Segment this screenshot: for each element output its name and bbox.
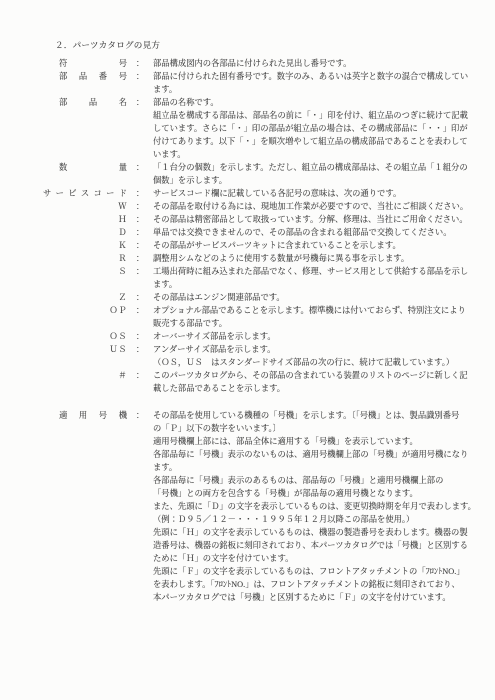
term-label: 部品番号: [59, 70, 127, 83]
text-line: 各部品毎に「号機」表示のないものは、適用号機欄上部の「号機」が適用号機になり: [153, 448, 495, 461]
text-line: 先頭に「Ｆ」の文字を表示しているものは、フロントアタッチメントの「ﾌﾛﾝﾄNO.…: [153, 565, 495, 578]
text-line: ます。: [153, 461, 495, 474]
colon-separator: ：: [127, 252, 153, 265]
colon-separator: ：: [127, 239, 153, 252]
service-code-label: Ｈ: [59, 213, 127, 226]
definition-text: その部品はエンジン関連部品です。: [153, 291, 495, 304]
text-line: しています。さらに「・」印の部品が組立品の場合は、その構成部品に「・・」印が: [153, 122, 495, 135]
scanned-page: ２．パーツカタログの見方 符号：部品構成図内の各部品に付けられた見出し番号です。…: [0, 0, 495, 700]
page-content: ２．パーツカタログの見方 符号：部品構成図内の各部品に付けられた見出し番号です。…: [0, 0, 495, 604]
definition-text: 工場出荷時に組み込まれた部品でなく、修理、サービス用として供給する部品を示します…: [153, 265, 495, 291]
service-code-row: Ｋ：その部品がサービスパーツキットに含まれていることを示します。: [0, 239, 495, 252]
text-line: （ＯＳ，ＵＳ はスタンダードサイズ部品の次の行に、続けて記載しています。）: [153, 356, 495, 369]
service-code-label: Ｄ: [59, 226, 127, 239]
text-line: 適用号機欄上部には、部品全体に適用する「号機」を表示しています。: [153, 435, 495, 448]
colon-separator: ：: [127, 213, 153, 226]
definition-text: その部品を取付ける為には、現地加工作業が必要ですので、当社にご相談ください。: [153, 200, 495, 213]
colon-separator: ：: [127, 161, 153, 174]
text-line: また、先頭に「Ｄ」の文字を表示しているものは、変更切換時期を年月で表わします。: [153, 500, 495, 513]
colon-separator: ：: [127, 330, 153, 343]
definition-row: 符号：部品構成図内の各部品に付けられた見出し番号です。: [0, 57, 495, 70]
text-line: 「１台分の個数」を示します。ただし、組立品の構成部品は、その組立品「１組分の: [153, 161, 495, 174]
definition-text: 部品構成図内の各部品に付けられた見出し番号です。: [153, 57, 495, 70]
text-line: オーバーサイズ部品を示します。: [153, 330, 495, 343]
service-code-row: ＯＰ：オプショナル部品であることを示します。標準機には付いておらず、特別注文によ…: [0, 304, 495, 330]
service-code-label: ＯＳ: [59, 330, 127, 343]
text-line: 先頭に「Ｈ」の文字を表示しているものは、機器の製造番号を表わします。機器の製: [153, 526, 495, 539]
service-code-label: ＃: [59, 369, 127, 382]
term-label: 符号: [59, 57, 127, 70]
text-line: 調整用シムなどのように使用する数量が号機毎に異る事を示します。: [153, 252, 495, 265]
definition-row: 部品番号：部品に付けられた固有番号です。数字のみ、あるいは英字と数字の混合で構成…: [0, 70, 495, 96]
text-line: を表わします。「ﾌﾛﾝﾄNO.」は、フロントアタッチメントの銘板に刻印されており…: [153, 578, 495, 591]
text-line: ます。: [153, 83, 495, 96]
colon-separator: ：: [127, 265, 153, 278]
text-line: 部品の名称です。: [153, 96, 495, 109]
definition-text: 調整用シムなどのように使用する数量が号機毎に異る事を示します。: [153, 252, 495, 265]
definition-list: 符号：部品構成図内の各部品に付けられた見出し番号です。部品番号：部品に付けられた…: [0, 57, 495, 604]
definition-text: オーバーサイズ部品を示します。: [153, 330, 495, 343]
text-line: ために「Ｈ」の文字を付けています。: [153, 552, 495, 565]
text-line: 造番号は、機器の銘板に刻印されており、本パーツカタログでは「号機」と区別する: [153, 539, 495, 552]
definition-text: オプショナル部品であることを示します。標準機には付いておらず、特別注文により販売…: [153, 304, 495, 330]
service-code-label: ＯＰ: [59, 304, 127, 317]
definition-row: サービスコード：サービスコード欄に記載している各記号の意味は、次の通りです。: [0, 187, 495, 200]
service-code-label: Ｗ: [59, 200, 127, 213]
text-line: ます。: [153, 278, 495, 291]
service-code-row: Ｄ：単品では交換できませんので、その部品の含まれる組部品で交換してください。: [0, 226, 495, 239]
text-line: その部品を使用している機種の「号機」を示します。〔「号機」とは、製品識別番号: [153, 409, 495, 422]
service-code-label: Ｒ: [59, 252, 127, 265]
service-code-row: Ｒ：調整用シムなどのように使用する数量が号機毎に異る事を示します。: [0, 252, 495, 265]
term-label: 部品名: [59, 96, 127, 109]
text-line: このパーツカタログから、その部品の含まれている装置のリストのページに新しく記: [153, 369, 495, 382]
text-line: 各部品毎に「号機」表示のあるものは、部品毎の「号機」と適用号機欄上部の: [153, 474, 495, 487]
text-line: （例：Ｄ９５／１２－・・・１９９５年１２月以降この部品を使用。）: [153, 513, 495, 526]
colon-separator: ：: [127, 409, 153, 422]
term-label: 数量: [59, 161, 127, 174]
colon-separator: ：: [127, 304, 153, 317]
term-label: サービスコード: [43, 187, 127, 200]
definition-text: 部品の名称です。組立品を構成する部品は、部品名の前に「・」印を付け、組立品のつぎ…: [153, 96, 495, 161]
definition-text: その部品は精密部品として取扱っています。分解、修理は、当社にご用命ください。: [153, 213, 495, 226]
text-line: の「Ｐ」以下の数字をいいます。〕: [153, 422, 495, 435]
text-line: その部品を取付ける為には、現地加工作業が必要ですので、当社にご相談ください。: [153, 200, 495, 213]
page-title: ２．パーツカタログの見方: [55, 39, 495, 52]
text-line: 組立品を構成する部品は、部品名の前に「・」印を付け、組立品のつぎに続けて記載: [153, 109, 495, 122]
term-label: 適用号機: [59, 409, 127, 422]
definition-text: 部品に付けられた固有番号です。数字のみ、あるいは英字と数字の混合で構成しています…: [153, 70, 495, 96]
service-code-label: Ｓ: [59, 265, 127, 278]
colon-separator: ：: [127, 57, 153, 70]
text-line: 「号機」との両方を包含する「号機」が部品毎の適用号機となります。: [153, 487, 495, 500]
service-code-label: Ｋ: [59, 239, 127, 252]
colon-separator: ：: [127, 343, 153, 356]
text-line: 部品に付けられた固有番号です。数字のみ、あるいは英字と数字の混合で構成してい: [153, 70, 495, 83]
service-code-row: ＵＳ：アンダーサイズ部品を示します。（ＯＳ，ＵＳ はスタンダードサイズ部品の次の…: [0, 343, 495, 369]
colon-separator: ：: [127, 187, 153, 200]
text-line: 個数」を示します。: [153, 174, 495, 187]
colon-separator: ：: [127, 96, 153, 109]
text-line: アンダーサイズ部品を示します。: [153, 343, 495, 356]
service-code-row: ＃：このパーツカタログから、その部品の含まれている装置のリストのページに新しく記…: [0, 369, 495, 395]
colon-separator: ：: [127, 70, 153, 83]
text-line: 載した部品であることを示します。: [153, 382, 495, 395]
definition-text: サービスコード欄に記載している各記号の意味は、次の通りです。: [153, 187, 495, 200]
colon-separator: ：: [127, 200, 153, 213]
definition-text: 単品では交換できませんので、その部品の含まれる組部品で交換してください。: [153, 226, 495, 239]
text-line: サービスコード欄に記載している各記号の意味は、次の通りです。: [153, 187, 495, 200]
service-code-row: Ｗ：その部品を取付ける為には、現地加工作業が必要ですので、当社にご相談ください。: [0, 200, 495, 213]
service-code-row: ＯＳ：オーバーサイズ部品を示します。: [0, 330, 495, 343]
text-line: その部品は精密部品として取扱っています。分解、修理は、当社にご用命ください。: [153, 213, 495, 226]
text-line: オプショナル部品であることを示します。標準機には付いておらず、特別注文により: [153, 304, 495, 317]
text-line: 販売する部品です。: [153, 317, 495, 330]
text-line: 本パーツカタログでは「号機」と区別するために「Ｆ」の文字を付けています。: [153, 591, 495, 604]
definition-row: 数量：「１台分の個数」を示します。ただし、組立品の構成部品は、その組立品「１組分…: [0, 161, 495, 187]
definition-text: このパーツカタログから、その部品の含まれている装置のリストのページに新しく記載し…: [153, 369, 495, 395]
definition-text: アンダーサイズ部品を示します。（ＯＳ，ＵＳ はスタンダードサイズ部品の次の行に、…: [153, 343, 495, 369]
service-code-label: ＵＳ: [59, 343, 127, 356]
text-line: その部品はエンジン関連部品です。: [153, 291, 495, 304]
text-line: 工場出荷時に組み込まれた部品でなく、修理、サービス用として供給する部品を示し: [153, 265, 495, 278]
colon-separator: ：: [127, 291, 153, 304]
definition-text: 「１台分の個数」を示します。ただし、組立品の構成部品は、その組立品「１組分の個数…: [153, 161, 495, 187]
text-line: います。: [153, 148, 495, 161]
service-code-label: Ｚ: [59, 291, 127, 304]
text-line: 単品では交換できませんので、その部品の含まれる組部品で交換してください。: [153, 226, 495, 239]
colon-separator: ：: [127, 226, 153, 239]
definition-text: その部品がサービスパーツキットに含まれていることを示します。: [153, 239, 495, 252]
service-code-row: Ｈ：その部品は精密部品として取扱っています。分解、修理は、当社にご用命ください。: [0, 213, 495, 226]
service-code-row: Ｓ：工場出荷時に組み込まれた部品でなく、修理、サービス用として供給する部品を示し…: [0, 265, 495, 291]
text-line: 付けてあります。以下「・」を順次増やして組立品の構成部品であることを表わして: [153, 135, 495, 148]
definition-row: 部品名：部品の名称です。組立品を構成する部品は、部品名の前に「・」印を付け、組立…: [0, 96, 495, 161]
definition-row: 適用号機：その部品を使用している機種の「号機」を示します。〔「号機」とは、製品識…: [0, 409, 495, 604]
text-line: その部品がサービスパーツキットに含まれていることを示します。: [153, 239, 495, 252]
definition-text: その部品を使用している機種の「号機」を示します。〔「号機」とは、製品識別番号の「…: [153, 409, 495, 604]
text-line: 部品構成図内の各部品に付けられた見出し番号です。: [153, 57, 495, 70]
service-code-row: Ｚ：その部品はエンジン関連部品です。: [0, 291, 495, 304]
colon-separator: ：: [127, 369, 153, 382]
